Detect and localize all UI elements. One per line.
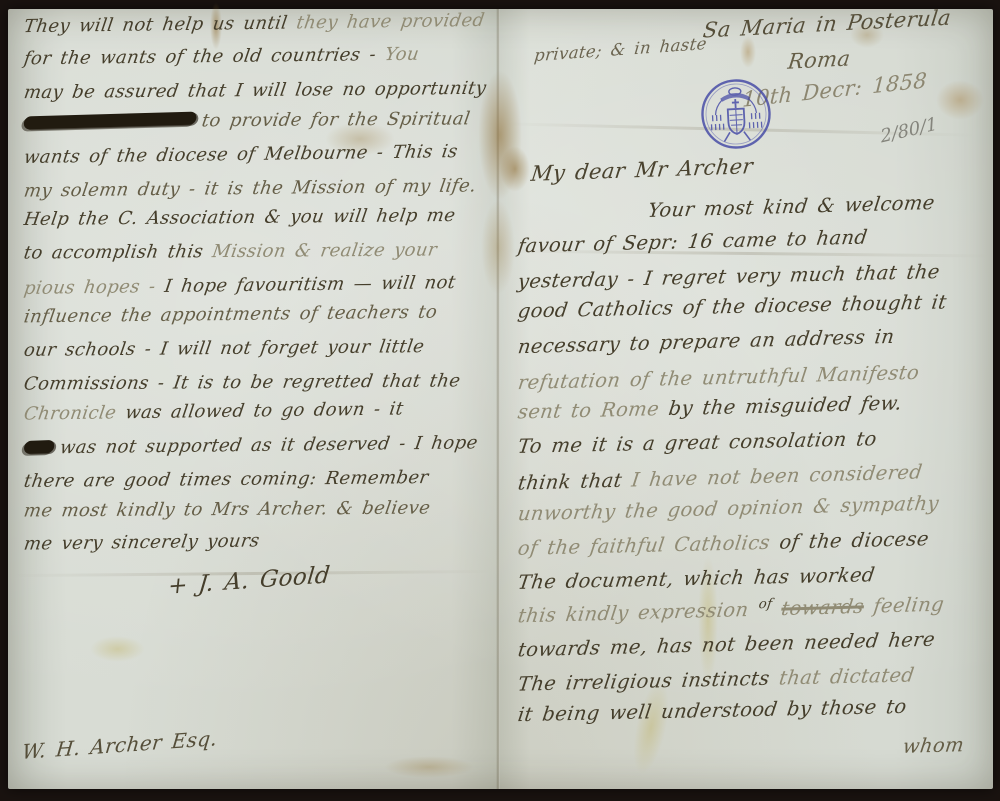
text-segment: for the wants of the old countries - <box>22 44 386 69</box>
handwriting-line: necessary to prepare an address in <box>517 325 896 358</box>
text-segment: Chronicle <box>22 402 126 424</box>
text-segment: of the faithful Catholics <box>517 531 782 560</box>
handwriting-line: whom <box>902 733 966 758</box>
handwriting-line: The document, which has worked <box>516 563 876 594</box>
text-segment: favour of Sepr: 16 came to hand <box>517 226 869 258</box>
text-segment: it being well understood by those to <box>516 695 908 726</box>
dateline-city: Roma <box>787 46 852 73</box>
right-page-text: Your most kind & welcomefavour of Sepr: … <box>518 196 988 786</box>
handwriting-line: it being well understood by those to <box>516 695 908 726</box>
text-segment: The document, which has worked <box>516 563 876 594</box>
text-segment: I hope favouritism — will not <box>163 272 457 297</box>
text-segment: Help the C. Association & you will help … <box>22 205 456 230</box>
text-segment: Your most kind & welcome <box>647 191 937 222</box>
handwriting-line: think that I have not been considered <box>517 460 924 494</box>
text-segment: Mission & realize your <box>211 239 439 262</box>
handwriting-line: wants of the diocese of Melbourne - This… <box>23 141 460 168</box>
text-segment: there are good times coming: Remember <box>22 467 430 492</box>
text-segment: towards <box>780 595 865 620</box>
text-segment: Commissions - It is to be regretted that… <box>22 370 462 394</box>
handwriting-line: unworthy the good opinion & sympathy <box>517 492 941 526</box>
text-segment: me most kindly to Mrs Archer. & believe <box>22 497 431 521</box>
handwriting-line: yesterday - I regret very much that the <box>517 260 942 293</box>
handwriting-line: may be assured that I will lose no oppor… <box>22 78 487 103</box>
handwriting-line: there are good times coming: Remember <box>22 467 430 492</box>
text-segment: may be assured that I will lose no oppor… <box>22 78 487 103</box>
handwriting-line: favour of Sepr: 16 came to hand <box>517 226 869 258</box>
handwriting-line: for the wants of the old countries - You <box>22 44 420 70</box>
handwriting-line: me very sincerely yours <box>22 530 261 554</box>
text-segment: towards me, has not been needed here <box>517 628 937 662</box>
text-segment: was allowed to go down - it <box>124 398 405 423</box>
text-segment: good Catholics of the diocese thought it <box>516 290 948 322</box>
text-segment: to accomplish this <box>22 241 213 263</box>
text-segment: To me it is a great consolation to <box>516 427 878 458</box>
text-segment: unworthy the good opinion & sympathy <box>517 492 941 526</box>
center-fold-crease <box>496 9 500 789</box>
handwriting-line: to provide for the Spiritual <box>22 108 471 132</box>
text-segment: by the misguided few. <box>667 391 903 420</box>
handwriting-line: towards me, has not been needed here <box>517 628 937 662</box>
handwriting-line: They will not help us until they have pr… <box>23 10 487 37</box>
text-segment: They will not help us until <box>23 12 299 37</box>
handwriting-line: Help the C. Association & you will help … <box>22 205 456 230</box>
episcopal-stamp <box>697 75 775 153</box>
text-segment: pious hopes - <box>23 276 167 299</box>
handwriting-line: our schools - I will not forget your lit… <box>22 336 425 361</box>
handwriting-line: my solemn duty - it is the Mission of my… <box>22 175 477 201</box>
handwriting-line: was not supported as it deserved - I hop… <box>22 432 479 458</box>
text-segment: feeling <box>862 593 945 618</box>
handwriting-line: Chronicle was allowed to go down - it <box>22 398 404 424</box>
text-segment: sent to Rome <box>517 397 671 424</box>
text-segment: You <box>384 44 421 65</box>
text-segment: that dictated <box>778 663 916 689</box>
text-segment: whom <box>902 733 966 758</box>
episcopal-coat-of-arms-stamp-icon <box>697 75 775 153</box>
text-segment: necessary to prepare an address in <box>517 325 896 358</box>
handwriting-line: good Catholics of the diocese thought it <box>516 290 948 322</box>
text-segment: influence the appointments of teachers t… <box>22 302 438 328</box>
handwriting-line: The irreligious instincts that dictated <box>517 663 916 695</box>
ink-blot-strikeout <box>23 111 197 129</box>
text-segment: to provide for the Spiritual <box>200 108 471 131</box>
handwriting-line: influence the appointments of teachers t… <box>22 302 438 328</box>
left-page-text: They will not help us until they have pr… <box>24 14 492 574</box>
text-segment: yesterday - I regret very much that the <box>517 260 942 293</box>
ink-blot-strikeout <box>23 439 55 453</box>
text-segment: our schools - I will not forget your lit… <box>22 336 425 361</box>
handwriting-line: pious hopes - I hope favouritism — will … <box>23 272 458 299</box>
text-segment: of the diocese <box>778 527 930 554</box>
text-segment: this kindly expression <box>517 598 760 628</box>
text-segment: think that <box>517 468 634 494</box>
handwriting-line: Your most kind & welcome <box>647 191 937 222</box>
handwriting-line: sent to Rome by the misguided few. <box>517 391 904 423</box>
text-segment: was not supported as it deserved - I hop… <box>58 432 479 458</box>
text-segment: me very sincerely yours <box>22 530 261 554</box>
handwriting-line: this kindly expression of towards feelin… <box>517 592 946 627</box>
text-segment: wants of the diocese of Melbourne - This… <box>23 141 460 168</box>
handwriting-line: of the faithful Catholics of the diocese <box>517 527 931 560</box>
handwriting-line: To me it is a great consolation to <box>516 427 878 458</box>
text-segment: my solemn duty - it is the Mission of my… <box>22 175 477 201</box>
text-segment: they have provided <box>295 10 486 34</box>
handwriting-line: refutation of the untruthful Manifesto <box>517 361 921 394</box>
handwriting-line: to accomplish this Mission & realize you… <box>22 239 438 263</box>
text-segment: I have not been considered <box>630 460 924 491</box>
handwriting-line: Commissions - It is to be regretted that… <box>22 370 462 394</box>
text-segment: refutation of the untruthful Manifesto <box>517 361 921 394</box>
handwriting-line: me most kindly to Mrs Archer. & believe <box>22 497 431 521</box>
text-segment: The irreligious instincts <box>517 666 781 695</box>
